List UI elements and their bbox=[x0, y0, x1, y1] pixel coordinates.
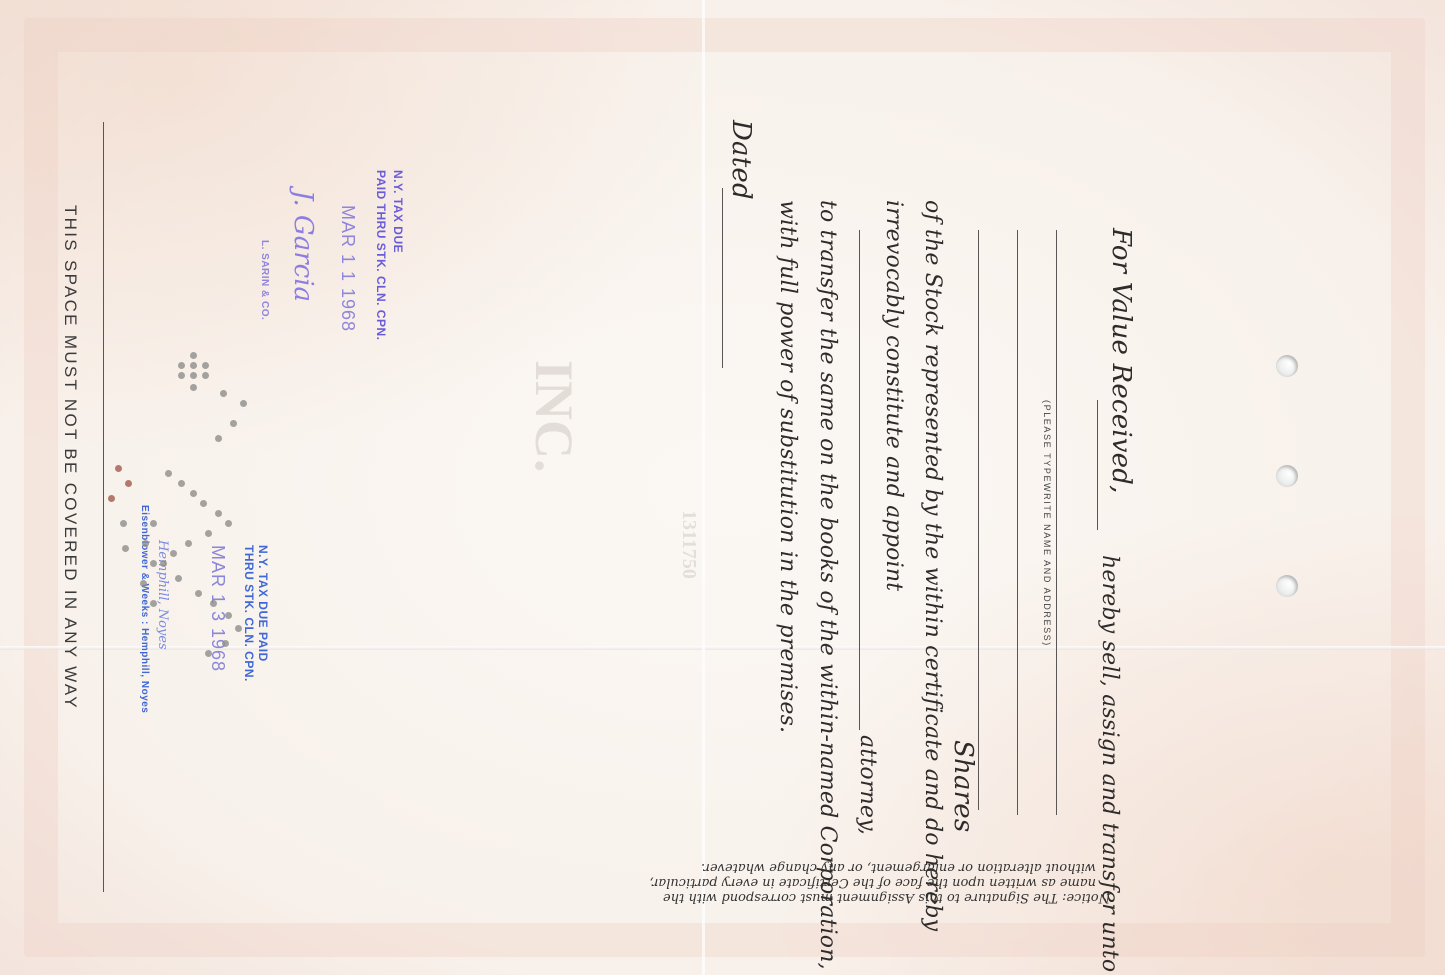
typewrite-note: (PLEASE TYPEWRITE NAME AND ADDRESS) bbox=[1042, 400, 1052, 647]
perforation-dot bbox=[185, 540, 192, 547]
perforation-dot bbox=[215, 510, 222, 517]
perforation-dot bbox=[120, 520, 127, 527]
tax-stamp-1-signature: J. Garcia bbox=[288, 190, 318, 302]
perforation-dot bbox=[125, 480, 132, 487]
fold-crease-vertical bbox=[702, 0, 705, 975]
perforation-dot bbox=[175, 575, 182, 582]
tax-stamp-1-line1: N.Y. TAX DUE bbox=[391, 170, 405, 253]
perforation-dot bbox=[222, 640, 229, 647]
show-through-number: 1311750 bbox=[677, 510, 700, 579]
perforation-dot bbox=[190, 372, 197, 379]
name-address-line-2[interactable] bbox=[1017, 230, 1018, 815]
attorney-label: attorney, bbox=[855, 735, 880, 835]
perforation-dot bbox=[190, 490, 197, 497]
perforation-dot bbox=[205, 530, 212, 537]
tax-stamp-2-signature: Hemphill, Noyes bbox=[155, 540, 170, 650]
for-value-received: For Value Received, bbox=[1106, 228, 1136, 494]
notice-line-2: name as written upon the face of the Cer… bbox=[649, 875, 1110, 890]
perforation-dot bbox=[150, 560, 157, 567]
dated-label: Dated bbox=[726, 120, 756, 200]
show-through-company: INC. bbox=[523, 360, 585, 473]
tax-stamp-1-firm: L. SARIN & CO. bbox=[259, 240, 270, 320]
perforation-dot bbox=[142, 540, 149, 547]
perforation-dot bbox=[190, 362, 197, 369]
margin-warning: THIS SPACE MUST NOT BE COVERED IN ANY WA… bbox=[60, 205, 80, 710]
perforation-dot bbox=[225, 612, 232, 619]
name-address-line-1[interactable] bbox=[1056, 230, 1057, 815]
tax-stamp-1-date: MAR 1 1 1968 bbox=[337, 205, 358, 332]
notice-block: Notice: The Signature to this Assignment… bbox=[649, 860, 1110, 905]
shares-label: Shares bbox=[948, 740, 978, 832]
assignee-line[interactable] bbox=[1097, 400, 1098, 530]
hereby-sell-text: hereby sell, assign and transfer unto bbox=[1097, 555, 1122, 972]
perforation-dot bbox=[190, 352, 197, 359]
tax-stamp-1-line2: PAID THRU STK. CLN. CPN. bbox=[374, 170, 388, 340]
attorney-line[interactable] bbox=[859, 230, 860, 730]
perforation-dot bbox=[210, 600, 217, 607]
binder-hole bbox=[1276, 575, 1298, 597]
perforation-dot bbox=[202, 372, 209, 379]
perforation-dot bbox=[200, 500, 207, 507]
guilloche-border bbox=[24, 18, 1425, 957]
perforation-dot bbox=[122, 545, 129, 552]
perforation-dot bbox=[220, 390, 227, 397]
perforation-dot bbox=[190, 384, 197, 391]
stock-represented-text: of the Stock represented by the within c… bbox=[920, 200, 945, 931]
irrevocably-text: irrevocably constitute and appoint bbox=[881, 200, 906, 591]
shares-line[interactable] bbox=[978, 230, 979, 810]
perforation-dot bbox=[170, 550, 177, 557]
perforation-dot bbox=[178, 372, 185, 379]
perforation-dot bbox=[150, 600, 157, 607]
perforation-dot bbox=[235, 625, 242, 632]
tax-stamp-2-line2: THRU STK. CLN. CPN. bbox=[242, 545, 256, 682]
substitution-text: with full power of substitution in the p… bbox=[775, 200, 800, 733]
perforation-dot bbox=[240, 400, 247, 407]
perforation-dot bbox=[165, 470, 172, 477]
perforation-dot bbox=[215, 435, 222, 442]
tax-stamp-2-line1: N.Y. TAX DUE PAID bbox=[256, 545, 270, 662]
transfer-text: to transfer the same on the books of the… bbox=[815, 200, 840, 970]
perforation-dot bbox=[160, 560, 167, 567]
perforation-dot bbox=[225, 520, 232, 527]
tax-stamp-2-firm: Eisenblower & Weeks : Hemphill, Noyes bbox=[139, 505, 150, 713]
perforation-dot bbox=[140, 580, 147, 587]
perforation-dot bbox=[115, 465, 122, 472]
perforation-dot bbox=[205, 650, 212, 657]
binder-hole bbox=[1276, 355, 1298, 377]
certificate-back: INC. 1311750 For Value Received, hereby … bbox=[0, 0, 1445, 975]
perforation-dot bbox=[178, 480, 185, 487]
perforation-dot bbox=[108, 495, 115, 502]
notice-line-1: Notice: The Signature to this Assignment… bbox=[649, 890, 1110, 905]
margin-rule bbox=[103, 122, 104, 892]
perforation-dot bbox=[195, 590, 202, 597]
perforation-dot bbox=[178, 362, 185, 369]
perforation-dot bbox=[150, 520, 157, 527]
perforation-dot bbox=[230, 420, 237, 427]
notice-line-3: without alteration or enlargement, or an… bbox=[649, 860, 1110, 875]
perforation-dot bbox=[202, 362, 209, 369]
date-line[interactable] bbox=[722, 188, 723, 368]
binder-hole bbox=[1276, 465, 1298, 487]
